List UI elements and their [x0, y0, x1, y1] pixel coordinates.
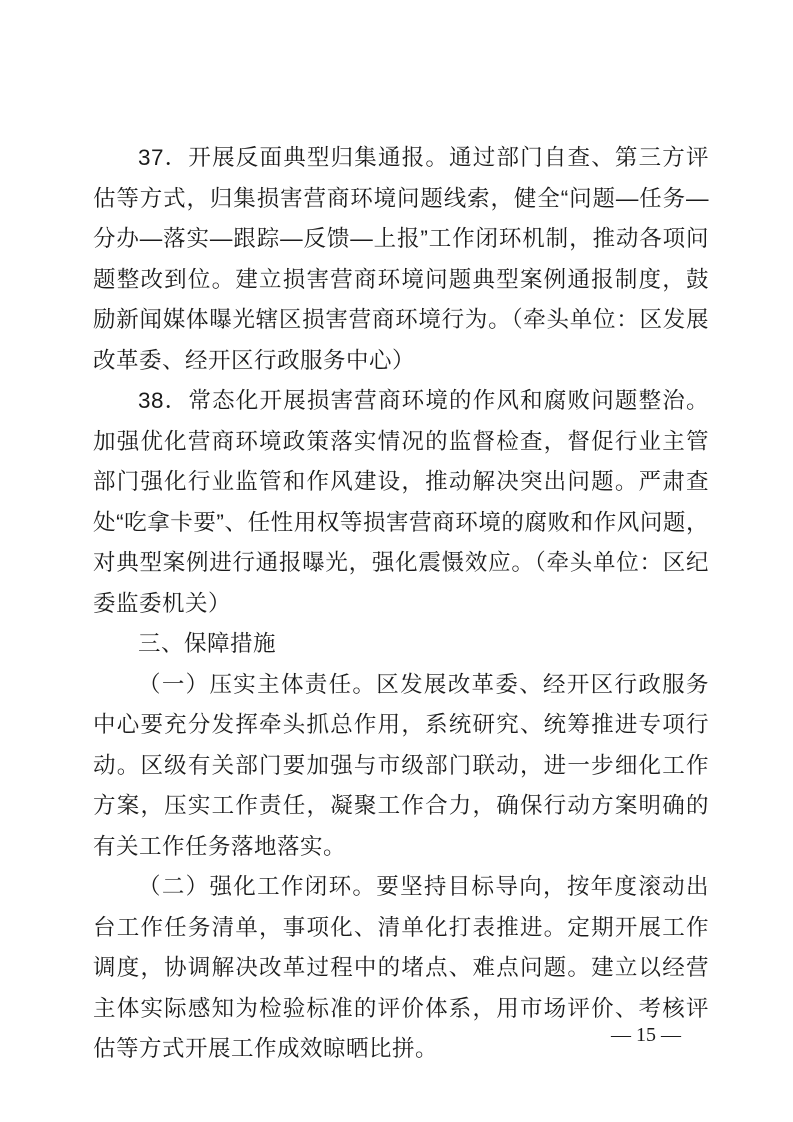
document-body: 37．开展反面典型归集通报。通过部门自查、第三方评估等方式，归集损害营商环境问题… — [93, 138, 709, 1070]
section-heading-safeguard-measures: 三、保障措施 — [93, 624, 709, 665]
document-page: 37．开展反面典型归集通报。通过部门自查、第三方评估等方式，归集损害营商环境问题… — [0, 0, 793, 1122]
paragraph-subsection-1: （一）压实主体责任。区发展改革委、经开区行政服务中心要充分发挥牵头抓总作用，系统… — [93, 665, 709, 868]
page-number: — 15 — — [611, 1024, 681, 1047]
paragraph-38: 38．常态化开展损害营商环境的作风和腐败问题整治。加强优化营商环境政策落实情况的… — [93, 381, 709, 624]
paragraph-37: 37．开展反面典型归集通报。通过部门自查、第三方评估等方式，归集损害营商环境问题… — [93, 138, 709, 381]
